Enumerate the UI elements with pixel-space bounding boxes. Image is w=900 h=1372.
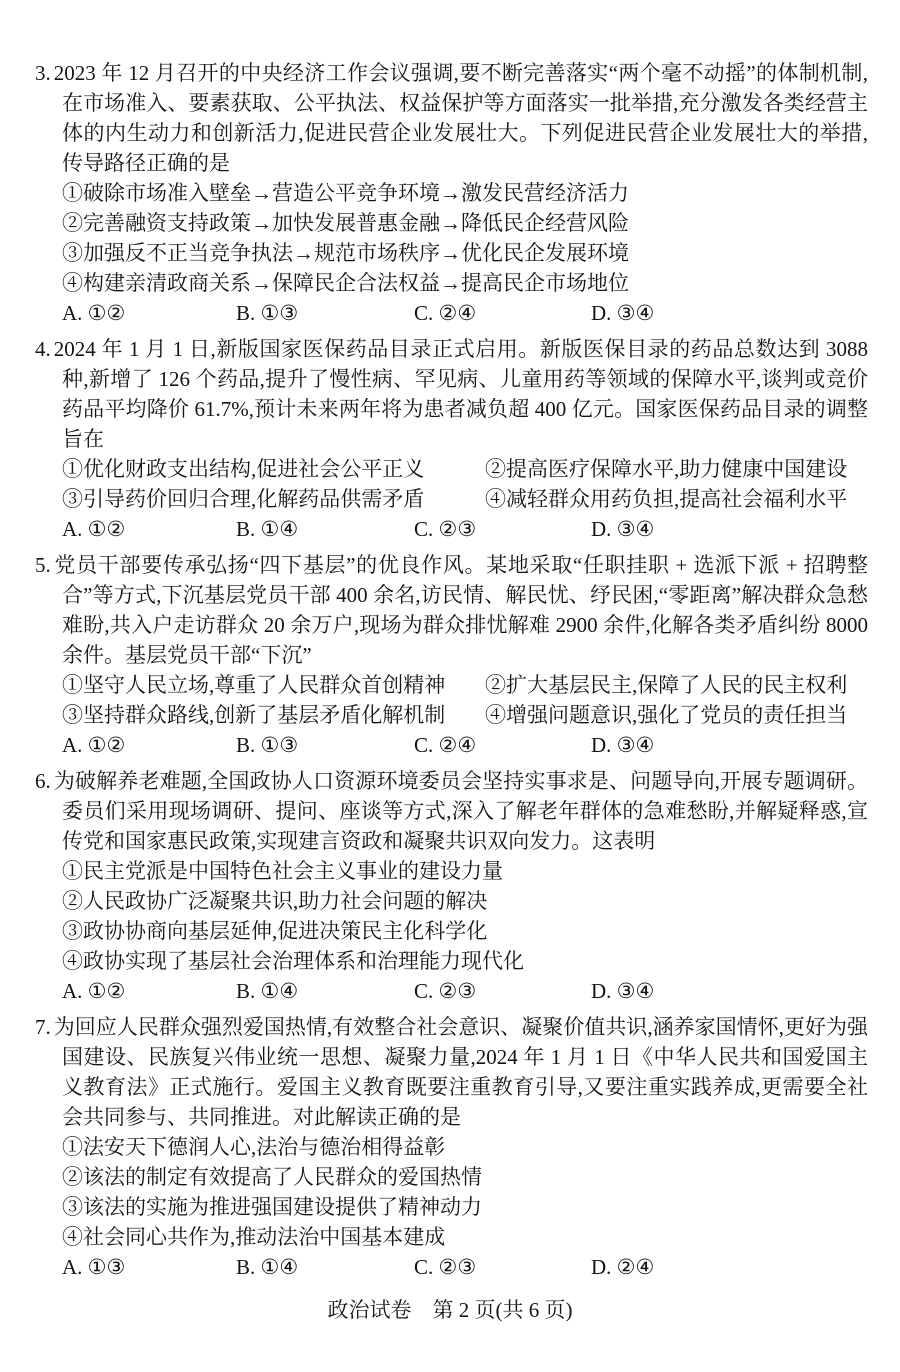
question-6-stem: 6.为破解养老难题,全国政协人口资源环境委员会坚持实事求是、问题导向,开展专题调… — [35, 766, 868, 856]
question-7-number: 7. — [35, 1015, 54, 1039]
question-6-number: 6. — [35, 769, 54, 793]
question-4-statement-row-2: ③引导药价回归合理,化解药品供需矛盾 ④减轻群众用药负担,提高社会福利水平 — [35, 484, 868, 514]
question-5-number: 5. — [35, 553, 54, 577]
question-3-choice-b: B. ①③ — [236, 298, 414, 328]
page-footer: 政治试卷 第 2 页(共 6 页) — [0, 1296, 900, 1324]
question-3-statement-4: ④构建亲清政商关系→保障民企合法权益→提高民企市场地位 — [35, 268, 868, 298]
question-3-choice-c: C. ②④ — [414, 298, 591, 328]
question-7-stem: 7.为回应人民群众强烈爱国热情,有效整合社会意识、凝聚价值共识,涵养家国情怀,更… — [35, 1012, 868, 1132]
question-7-statement-4: ④社会同心共作为,推动法治中国基本建成 — [35, 1222, 868, 1252]
question-5-stem-text: 党员干部要传承弘扬“四下基层”的优良作风。某地采取“任职挂职 + 选派下派 + … — [54, 553, 868, 667]
question-6: 6.为破解养老难题,全国政协人口资源环境委员会坚持实事求是、问题导向,开展专题调… — [35, 766, 868, 1006]
question-6-statement-2: ②人民政协广泛凝聚共识,助力社会问题的解决 — [35, 886, 868, 916]
question-5-choice-b: B. ①③ — [236, 730, 414, 760]
question-3-statement-3: ③加强反不正当竞争执法→规范市场秩序→优化民企发展环境 — [35, 238, 868, 268]
question-4-statement-3: ③引导药价回归合理,化解药品供需矛盾 — [62, 484, 485, 514]
question-7-statement-1: ①法安天下德润人心,法治与德治相得益彰 — [35, 1132, 868, 1162]
question-4-statement-1: ①优化财政支出结构,促进社会公平正义 — [62, 454, 485, 484]
question-7-choice-c: C. ②③ — [414, 1252, 591, 1282]
question-6-choice-d: D. ③④ — [591, 976, 868, 1006]
question-6-choice-a: A. ①② — [62, 976, 236, 1006]
question-3-choices: A. ①② B. ①③ C. ②④ D. ③④ — [35, 298, 868, 328]
question-5-choice-d: D. ③④ — [591, 730, 868, 760]
question-6-statement-4: ④政协实现了基层社会治理体系和治理能力现代化 — [35, 946, 868, 976]
question-6-stem-text: 为破解养老难题,全国政协人口资源环境委员会坚持实事求是、问题导向,开展专题调研。… — [54, 769, 868, 853]
question-4-statement-2: ②提高医疗保障水平,助力健康中国建设 — [485, 454, 847, 484]
question-7-choice-a: A. ①③ — [62, 1252, 236, 1282]
question-5-statement-1: ①坚守人民立场,尊重了人民群众首创精神 — [62, 670, 485, 700]
question-6-statement-1: ①民主党派是中国特色社会主义事业的建设力量 — [35, 856, 868, 886]
question-3-statement-2: ②完善融资支持政策→加快发展普惠金融→降低民企经营风险 — [35, 208, 868, 238]
question-7: 7.为回应人民群众强烈爱国热情,有效整合社会意识、凝聚价值共识,涵养家国情怀,更… — [35, 1012, 868, 1282]
question-5: 5.党员干部要传承弘扬“四下基层”的优良作风。某地采取“任职挂职 + 选派下派 … — [35, 550, 868, 760]
question-4-choice-a: A. ①② — [62, 514, 236, 544]
question-4-statement-4: ④减轻群众用药负担,提高社会福利水平 — [485, 484, 847, 514]
question-7-choice-b: B. ①④ — [236, 1252, 414, 1282]
question-7-statement-2: ②该法的制定有效提高了人民群众的爱国热情 — [35, 1162, 868, 1192]
question-6-choice-b: B. ①④ — [236, 976, 414, 1006]
question-4-stem: 4.2024 年 1 月 1 日,新版国家医保药品目录正式启用。新版医保目录的药… — [35, 334, 868, 454]
question-4-stem-text: 2024 年 1 月 1 日,新版国家医保药品目录正式启用。新版医保目录的药品总… — [54, 337, 868, 451]
question-4-choices: A. ①② B. ①④ C. ②③ D. ③④ — [35, 514, 868, 544]
question-5-statement-2: ②扩大基层民主,保障了人民的民主权利 — [485, 670, 847, 700]
page-footer-text: 政治试卷 第 2 页(共 6 页) — [328, 1298, 573, 1322]
question-5-statement-3: ③坚持群众路线,创新了基层矛盾化解机制 — [62, 700, 485, 730]
question-4-statement-row-1: ①优化财政支出结构,促进社会公平正义 ②提高医疗保障水平,助力健康中国建设 — [35, 454, 868, 484]
question-6-choice-c: C. ②③ — [414, 976, 591, 1006]
question-7-choice-d: D. ②④ — [591, 1252, 868, 1282]
question-5-statement-4: ④增强问题意识,强化了党员的责任担当 — [485, 700, 847, 730]
question-4-number: 4. — [35, 337, 54, 361]
question-6-statement-3: ③政协协商向基层延伸,促进决策民主化科学化 — [35, 916, 868, 946]
question-7-choices: A. ①③ B. ①④ C. ②③ D. ②④ — [35, 1252, 868, 1282]
exam-page: 3.2023 年 12 月召开的中央经济工作会议强调,要不断完善落实“两个毫不动… — [0, 0, 900, 1372]
questions-area: 3.2023 年 12 月召开的中央经济工作会议强调,要不断完善落实“两个毫不动… — [35, 58, 868, 1288]
question-5-stem: 5.党员干部要传承弘扬“四下基层”的优良作风。某地采取“任职挂职 + 选派下派 … — [35, 550, 868, 670]
question-7-statement-3: ③该法的实施为推进强国建设提供了精神动力 — [35, 1192, 868, 1222]
question-4: 4.2024 年 1 月 1 日,新版国家医保药品目录正式启用。新版医保目录的药… — [35, 334, 868, 544]
question-4-choice-d: D. ③④ — [591, 514, 868, 544]
question-3-choice-d: D. ③④ — [591, 298, 868, 328]
question-3-stem-text: 2023 年 12 月召开的中央经济工作会议强调,要不断完善落实“两个毫不动摇”… — [54, 61, 868, 175]
question-5-choice-c: C. ②④ — [414, 730, 591, 760]
question-4-choice-c: C. ②③ — [414, 514, 591, 544]
question-7-stem-text: 为回应人民群众强烈爱国热情,有效整合社会意识、凝聚价值共识,涵养家国情怀,更好为… — [54, 1015, 868, 1129]
question-6-choices: A. ①② B. ①④ C. ②③ D. ③④ — [35, 976, 868, 1006]
question-5-choices: A. ①② B. ①③ C. ②④ D. ③④ — [35, 730, 868, 760]
question-4-choice-b: B. ①④ — [236, 514, 414, 544]
question-3-statement-1: ①破除市场准入壁垒→营造公平竞争环境→激发民营经济活力 — [35, 178, 868, 208]
question-3-stem: 3.2023 年 12 月召开的中央经济工作会议强调,要不断完善落实“两个毫不动… — [35, 58, 868, 178]
question-3-number: 3. — [35, 61, 54, 85]
question-5-choice-a: A. ①② — [62, 730, 236, 760]
question-3-choice-a: A. ①② — [62, 298, 236, 328]
question-3: 3.2023 年 12 月召开的中央经济工作会议强调,要不断完善落实“两个毫不动… — [35, 58, 868, 328]
question-5-statement-row-1: ①坚守人民立场,尊重了人民群众首创精神 ②扩大基层民主,保障了人民的民主权利 — [35, 670, 868, 700]
question-5-statement-row-2: ③坚持群众路线,创新了基层矛盾化解机制 ④增强问题意识,强化了党员的责任担当 — [35, 700, 868, 730]
